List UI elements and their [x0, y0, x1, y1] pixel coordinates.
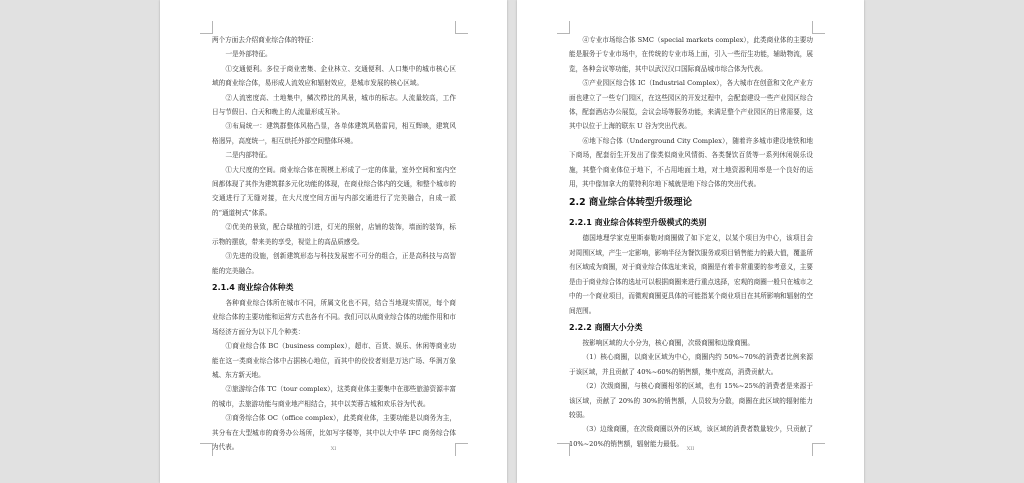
paragraph: ③布局统一：建筑群整体风格凸显，各单体建筑风格雷同，相互辉映，建筑风格迥异，高度…: [212, 119, 456, 148]
subsection-heading: 2.1.4 商业综合体种类: [212, 279, 456, 296]
paragraph: ②旅游综合体 TC（tour complex），这类商业体主要集中在那些旅游资源…: [212, 382, 456, 411]
section-heading: 2.2 商业综合体转型升级理论: [569, 193, 813, 213]
subsection-heading: 2.2.1 商业综合体转型升级模式的类别: [569, 214, 813, 231]
paragraph: ⑤产业园区综合体 IC（Industrial Complex），各大城市在创意和…: [569, 76, 813, 134]
margin-corner-mark: [812, 21, 825, 34]
paragraph: ①商业综合体 BC（business complex），超市、百货、娱乐、休闲等…: [212, 339, 456, 382]
paragraph: ④专业市场综合体 SMC（special markets complex），此类…: [569, 33, 813, 76]
document-page-right: ④专业市场综合体 SMC（special markets complex），此类…: [517, 0, 864, 483]
page-number: XI: [160, 446, 507, 452]
paragraph: 各种商业综合体所在城市不同，所属文化也不同，结合当地现实情况，每个商业综合体的主…: [212, 296, 456, 339]
margin-corner-mark: [455, 21, 468, 34]
paragraph: ③先进的设施，创新建筑形态与科技发展密不可分的组合，正是高科技与高智能的完美融合…: [212, 249, 456, 278]
page-body[interactable]: 两个方面去介绍商业综合体的特征：一是外部特征。①交通便利。多位于商业密集、企业林…: [212, 33, 456, 454]
paragraph: ⑥地下综合体（Underground City Complex），随着许多城市建…: [569, 134, 813, 192]
paragraph: 两个方面去介绍商业综合体的特征：: [212, 33, 456, 47]
page-number: XII: [517, 446, 864, 452]
paragraph: 一是外部特征。: [212, 47, 456, 61]
document-page-left: 两个方面去介绍商业综合体的特征：一是外部特征。①交通便利。多位于商业密集、企业林…: [160, 0, 507, 483]
paragraph: 二是内部特征。: [212, 148, 456, 162]
paragraph: ②人流密度高、土地集中，鳞次栉比的风景，城市的标志。人流量较高，工作日与节假日、…: [212, 91, 456, 120]
paragraph: 德国地理学家克里斯泰勒对商圈做了如下定义，以某个项目为中心，该项目会对周围区域，…: [569, 231, 813, 317]
paragraph: ①交通便利。多位于商业密集、企业林立、交通便利、人口集中的城市核心区域的商业综合…: [212, 62, 456, 91]
paragraph: ②优美的景致，配合绿植的引进，灯光的照射，店铺的装饰，墙面的装饰，标示物的摆放，…: [212, 220, 456, 249]
paragraph: 按影响区域的大小分为，核心商圈，次级商圈和边缘商圈。: [569, 336, 813, 350]
paragraph: ①大尺度的空间。商业综合体在规模上形成了一定的体量，室外空间和室内空间都体现了其…: [212, 163, 456, 221]
subsection-heading: 2.2.2 商圈大小分类: [569, 319, 813, 336]
page-body[interactable]: ④专业市场综合体 SMC（special markets complex），此类…: [569, 33, 813, 451]
paragraph: （1）核心商圈，以商业区域为中心，商圈内约 50%~70%的消费者比例来源于该区…: [569, 350, 813, 379]
paragraph: （2）次级商圈，与核心商圈相邻的区域，也有 15%~25%的消费者是来源于该区域…: [569, 379, 813, 422]
